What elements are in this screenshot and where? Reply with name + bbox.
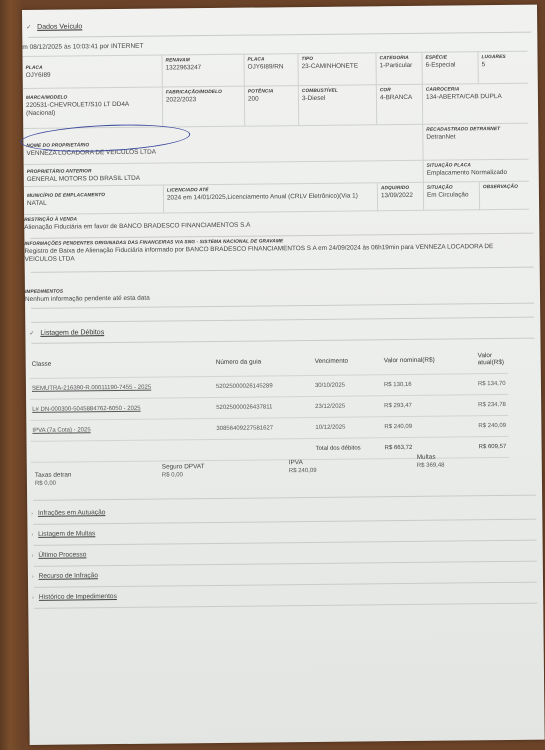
col-guia: Número da guia <box>214 347 313 377</box>
divider <box>28 32 531 38</box>
debits-table: Classe Número da guia Vencimento Valor n… <box>30 345 509 463</box>
debit-atual: R$ 234,78 <box>476 394 508 415</box>
col-nominal: Valor nominal(R$) <box>382 345 476 374</box>
debit-vencimento: 30/10/2025 <box>313 375 382 397</box>
accordion-listagem-multas[interactable]: ›Listagem de Multas <box>31 530 95 538</box>
field-tipo: TIPO23-CAMINHONETE <box>298 53 376 86</box>
field-licenciado: LICENCIADO ATÉ2024 em 14/01/2025,Licenci… <box>164 183 378 213</box>
debit-guia: 52025000026437811 <box>214 396 313 418</box>
debit-atual: R$ 134,70 <box>476 373 508 394</box>
chevron-right-icon: › <box>32 553 34 559</box>
divider <box>31 317 534 323</box>
debit-class-link[interactable]: IPVA (7a Cota) - 2025 <box>32 427 90 434</box>
field-cor: COR4-BRANCA <box>377 85 423 125</box>
field-lugares: LUGARES5 <box>478 52 527 85</box>
accordion-historico-impedimentos[interactable]: ›Histórico de Impedimentos <box>32 593 117 601</box>
debit-vencimento: 10/12/2025 <box>313 417 382 439</box>
field-adquirido: ADQUIRIDO13/09/2022 <box>378 183 424 211</box>
divider <box>34 561 537 567</box>
summary-multas: MultasR$ 369,48 <box>417 454 445 469</box>
field-situacao-placa: SITUAÇÃO PLACAEmplacamento Normalizado <box>424 160 529 183</box>
total-label: Total dos débitos <box>314 438 383 460</box>
chevron-right-icon: › <box>31 511 33 517</box>
accordion-ultimo-processo[interactable]: ›Último Processo <box>32 551 87 559</box>
field-marca-modelo: MARCA/MODELO220531-CHEVROLET/S10 LT DD4A… <box>23 88 163 129</box>
restricao-venda: RESTRIÇÃO À VENDA Alienação Fiduciária e… <box>24 213 529 232</box>
informacoes-pendentes: INFORMAÇÕES PENDENTES ORIGINADAS DAS FIN… <box>24 237 529 264</box>
field-fabricacao-modelo: FABRICAÇÃO/MODELO2022/2023 <box>163 87 245 128</box>
debits-section-title[interactable]: Listagem de Débitos <box>40 329 104 337</box>
col-classe: Classe <box>30 348 214 378</box>
debit-class-link[interactable]: SEMUTRA-216390-R.00011190-7455 - 2025 <box>32 385 151 392</box>
chevron-down-icon: ✓ <box>26 25 31 31</box>
vehicle-section-title[interactable]: Dados Veículo <box>37 23 82 30</box>
divider <box>31 267 534 273</box>
field-observacao: OBSERVAÇÃO <box>480 182 529 211</box>
field-categoria: CATEGORIA1-Particular <box>376 53 422 85</box>
col-atual: Valor atual(R$) <box>476 345 508 374</box>
field-combustivel: COMBUSTÍVEL3-Diesel <box>299 85 377 126</box>
divider <box>31 338 534 344</box>
impedimentos: IMPEDIMENTOS Nenhum informação pendente … <box>25 285 530 304</box>
vehicle-section-header[interactable]: ✓ Dados Veículo <box>26 23 82 31</box>
divider <box>31 303 534 309</box>
divider <box>34 582 537 588</box>
field-situacao: SITUAÇÃOEm Circulação <box>424 182 480 211</box>
field-municipio: MUNICÍPIO DE EMPLACAMENTONATAL <box>24 186 164 215</box>
chevron-right-icon: › <box>31 532 33 538</box>
document-page: ✓ Dados Veículo m 08/12/2025 às 10:03:41… <box>22 5 545 745</box>
summary-ipva: IPVAR$ 240,09 <box>289 459 317 474</box>
accordion-infracoes-autuacao[interactable]: ›Infrações em Autuação <box>31 509 105 517</box>
chevron-right-icon: › <box>32 574 34 580</box>
divider <box>34 540 537 546</box>
debit-atual: R$ 240,09 <box>476 415 508 436</box>
summary-dpvat: Seguro DPVATR$ 0,00 <box>162 463 205 478</box>
debit-class-link[interactable]: L# DN-000300-5045884762-6050 - 2025 <box>32 406 140 413</box>
debit-guia: 30856409227581627 <box>214 417 313 439</box>
consulted-at: m 08/12/2025 às 10:03:41 por INTERNET <box>22 43 143 51</box>
field-placa-uf: PLACAOJY6I89/RN <box>244 54 298 87</box>
divider <box>34 603 537 609</box>
field-potencia: POTÊNCIA200 <box>245 86 299 127</box>
accordion-recurso-infracao[interactable]: ›Recurso de Infração <box>32 572 98 580</box>
divider <box>33 519 536 525</box>
debit-nominal: R$ 240,09 <box>382 416 476 438</box>
debits-section-header[interactable]: ✓ Listagem de Débitos <box>29 329 104 337</box>
chevron-right-icon: › <box>32 595 34 601</box>
vehicle-info-grid: PLACAOJY6I89 RENAVAM1322963247 PLACAOJY6… <box>22 51 527 57</box>
chevron-down-icon: ✓ <box>29 331 34 337</box>
field-renavam: RENAVAM1322963247 <box>162 55 244 88</box>
debit-nominal: R$ 130,16 <box>382 374 476 396</box>
field-carroceria: CARROCERIA134-ABERTA/CAB DUPLA <box>423 84 528 125</box>
field-especie: ESPÉCIE6-Especial <box>422 52 478 85</box>
debit-guia: 52025000026145289 <box>214 375 313 397</box>
summary-taxas: Taxas detranR$ 0,00 <box>35 472 72 487</box>
debit-nominal: R$ 293,47 <box>382 395 476 417</box>
debit-vencimento: 23/12/2025 <box>313 396 382 418</box>
field-placa: PLACAOJY6I89 <box>22 56 162 89</box>
total-atual: R$ 609,57 <box>476 436 508 457</box>
divider <box>33 495 536 501</box>
col-vencimento: Vencimento <box>313 346 382 375</box>
field-recadastrado: RECADASTRADO DETRANNETDetranNet <box>423 124 528 161</box>
